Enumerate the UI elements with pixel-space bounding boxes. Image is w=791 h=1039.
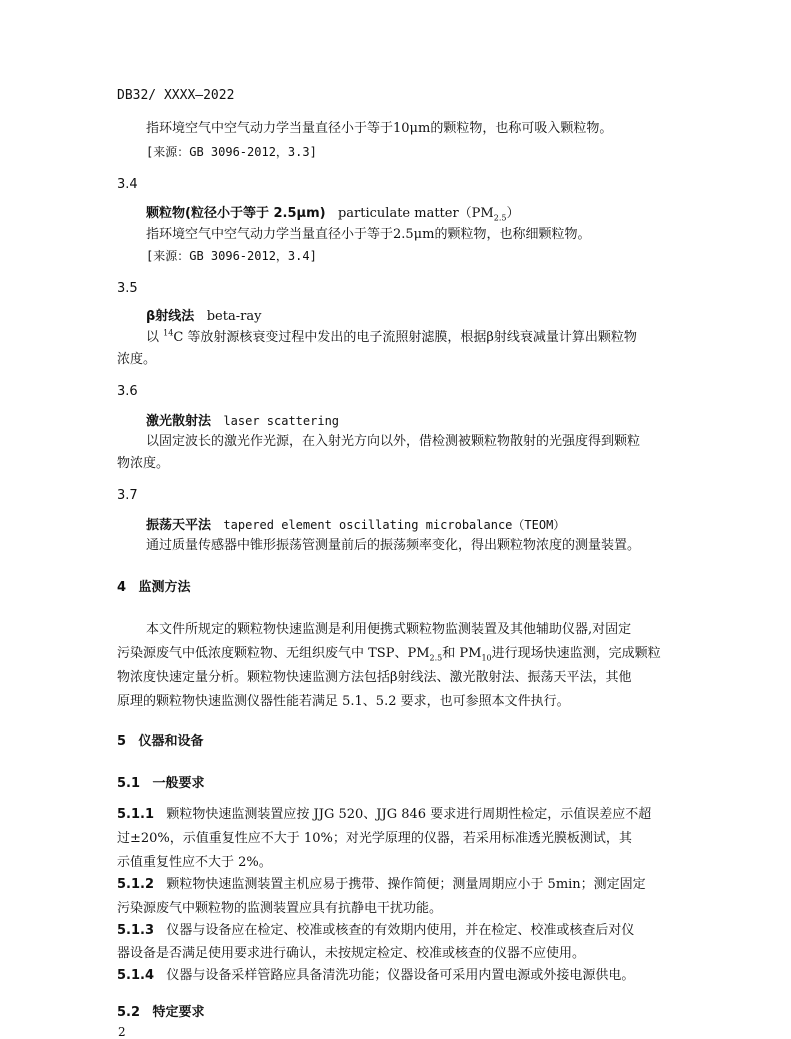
term-3-6: 激光散射法 laser scattering (146, 413, 339, 430)
clause-number-3-6: 3.6 (117, 384, 138, 400)
subsection-number-5-1: 5.1 (117, 776, 140, 791)
paragraph-4-line2: 污染源废气中低浓度颗粒物、无组织废气中 TSP、PM2.5和 PM10进行现场快… (117, 646, 661, 662)
term-3-7: 振荡天平法 tapered element oscillating microb… (146, 517, 565, 534)
term-en-3-6: laser scattering (223, 414, 339, 428)
clause-5-1-3-line2: 器设备是否满足使用要求进行确认，未按规定检定、校准或核查的仪器不应使用。 (117, 946, 585, 962)
subsection-number-5-2: 5.2 (117, 1005, 140, 1020)
def-pre: 以 (146, 330, 163, 345)
definition-3-6-line1: 以固定波长的激光作光源，在入射光方向以外，借检测被颗粒物散射的光强度得到颗粒 (146, 434, 640, 450)
definition-3-4: 指环境空气中空气动力学当量直径小于等于2.5μm的颗粒物，也称细颗粒物。 (146, 227, 590, 243)
term-3-5: β射线法 beta-ray (146, 309, 261, 325)
def-post: C 等放射源核衰变过程中发出的电子流照射滤膜，根据β射线衰减量计算出颗粒物 (173, 330, 637, 345)
section-heading-5: 5 仪器和设备 (117, 734, 203, 750)
paragraph-4-line4: 原理的颗粒物快速监测仪器性能若满足 5.1、5.2 要求，也可参照本文件执行。 (117, 694, 570, 710)
clause-number-5-1-4: 5.1.4 (117, 968, 154, 983)
term-cn-3-7: 振荡天平法 (146, 518, 211, 533)
definition-3-6-line2: 物浓度。 (117, 456, 169, 472)
paragraph-4-line1: 本文件所规定的颗粒物快速监测是利用便携式颗粒物监测装置及其他辅助仪器,对固定 (146, 622, 631, 638)
clause-5-1-2-line1: 5.1.2 颗粒物快速监测装置主机应易于携带、操作简便；测量周期应小于 5min… (117, 877, 646, 893)
text: 污染源废气中低浓度颗粒物、无组织废气中 TSP、PM (117, 646, 430, 661)
paragraph-4-line3: 物浓度快速定量分析。颗粒物快速监测方法包括β射线法、激光散射法、振荡天平法，其他 (117, 670, 632, 686)
clause-5-1-4-line1: 5.1.4 仪器与设备采样管路应具备清洗功能；仪器设备可采用内置电源或外接电源供… (117, 968, 634, 984)
pm10-subscript: 10 (481, 654, 491, 663)
clause-text: 颗粒物快速监测装置主机应易于携带、操作简便；测量周期应小于 5min；测定固定 (166, 877, 645, 892)
text: 进行现场快速监测，完成颗粒 (492, 646, 661, 661)
section-heading-4: 4 监测方法 (117, 580, 190, 596)
clause-5-1-3-line1: 5.1.3 仪器与设备应在检定、校准或核查的有效期内使用，并在检定、校准或核查后… (117, 923, 634, 939)
subsection-title-5-2: 特定要求 (152, 1005, 204, 1020)
text: 和 PM (442, 646, 481, 661)
clause-5-1-1-line2: 过±20%，示值重复性应不大于 10%；对光学原理的仪器，若采用标准透光膜板测试… (117, 831, 632, 847)
definition-3-7: 通过质量传感器中锥形振荡管测量前后的振荡频率变化，得出颗粒物浓度的测量装置。 (146, 538, 640, 554)
section-number-5: 5 (117, 734, 126, 749)
term-en-3-5: beta-ray (207, 309, 262, 324)
source-3-3: [来源：GB 3096-2012，3.3] (146, 144, 317, 160)
term-cn-3-5: β射线法 (146, 309, 194, 324)
clause-number-3-4: 3.4 (117, 177, 138, 193)
section-number-4: 4 (117, 580, 126, 595)
clause-number-3-7: 3.7 (117, 488, 138, 504)
clause-5-1-2-line2: 污染源废气中颗粒物的监测装置应具有抗静电干扰功能。 (117, 901, 442, 917)
clause-5-1-1-line3: 示值重复性应不大于 2%。 (117, 855, 272, 871)
clause-text: 颗粒物快速监测装置应按 JJG 520、JJG 846 要求进行周期性检定，示值… (166, 807, 651, 822)
term-en-3-4: particulate matter（PM (338, 206, 494, 221)
source-3-4: [来源：GB 3096-2012，3.4] (146, 248, 317, 264)
clause-number-5-1-3: 5.1.3 (117, 923, 154, 938)
term-close-3-4: ） (506, 206, 519, 221)
term-en-3-7: tapered element oscillating microbalance… (223, 518, 565, 532)
term-subscript-3-4: 2.5 (494, 214, 507, 223)
definition-3-5-line2: 浓度。 (117, 352, 156, 368)
definition-3-5-line1: 以 14C 等放射源核衰变过程中发出的电子流照射滤膜，根据β射线衰减量计算出颗粒… (146, 330, 670, 346)
term-cn-3-6: 激光散射法 (146, 414, 211, 429)
subsection-heading-5-1: 5.1 一般要求 (117, 776, 204, 792)
section-title-5: 仪器和设备 (138, 734, 203, 749)
clause-number-5-1-2: 5.1.2 (117, 877, 154, 892)
subsection-heading-5-2: 5.2 特定要求 (117, 1005, 204, 1021)
section-title-4: 监测方法 (138, 580, 190, 595)
term-3-4: 颗粒物(粒径小于等于 2.5μm) particulate matter（PM2… (146, 206, 520, 222)
clause-number-3-5: 3.5 (117, 281, 138, 297)
clause-number-5-1-1: 5.1.1 (117, 807, 154, 822)
term-cn-3-4: 颗粒物(粒径小于等于 2.5μm) (146, 206, 326, 221)
clause-5-1-1-line1: 5.1.1 颗粒物快速监测装置应按 JJG 520、JJG 846 要求进行周期… (117, 807, 651, 823)
isotope-superscript: 14 (163, 329, 173, 338)
page-number: 2 (118, 1024, 126, 1039)
clause-text: 仪器与设备应在检定、校准或核查的有效期内使用，并在检定、校准或核查后对仪 (166, 923, 634, 938)
definition-3-3: 指环境空气中空气动力学当量直径小于等于10μm的颗粒物，也称可吸入颗粒物。 (146, 121, 612, 137)
pm25-subscript: 2.5 (430, 654, 443, 663)
clause-text: 仪器与设备采样管路应具备清洗功能；仪器设备可采用内置电源或外接电源供电。 (166, 968, 634, 983)
document-header-id: DB32/ XXXX—2022 (117, 88, 234, 104)
subsection-title-5-1: 一般要求 (152, 776, 204, 791)
